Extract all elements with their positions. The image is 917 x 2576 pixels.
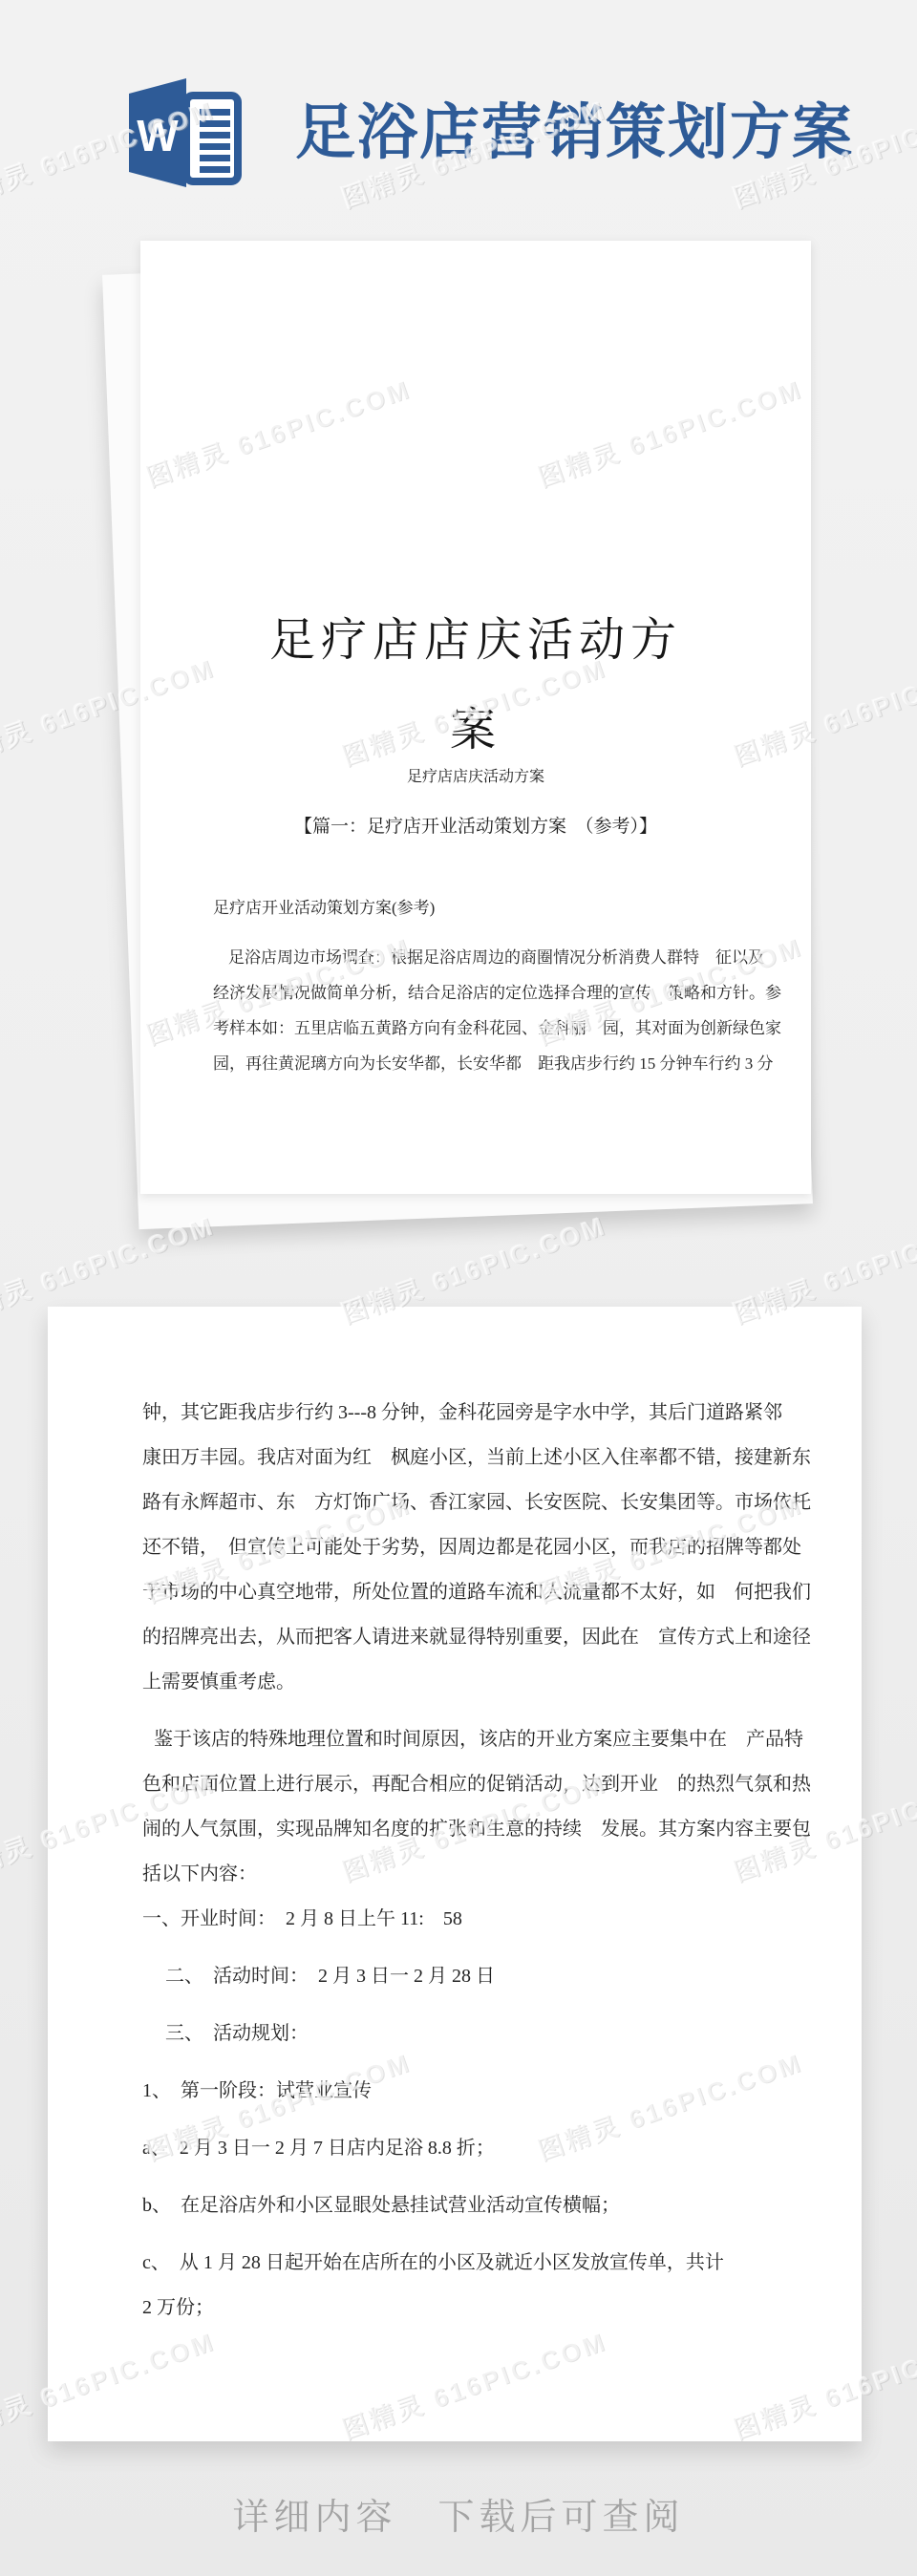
doc-title-line-1: 足疗店店庆活动方 bbox=[140, 596, 811, 686]
text-line: 二、 活动时间： 2 月 3 日一 2 月 28 日 bbox=[142, 1954, 773, 1999]
text-line: 足浴店周边市场调查：根据足浴店周边的商圈情况分析消费人群特 征以及 bbox=[213, 940, 786, 975]
text-line: 三、 活动规划： bbox=[142, 2012, 773, 2056]
text-line: 1、 第一阶段：试营业宣传 bbox=[142, 2069, 773, 2114]
text-line: 经济发展情况做简单分析，结合足浴店的定位选择合理的宣传 策略和方针。参 bbox=[213, 975, 786, 1011]
page2-body: 钟，其它距我店步行约 3---8 分钟，金科花园旁是字水中学，其后门道路紧邻康田… bbox=[142, 1391, 773, 2331]
text-line: 路有永辉超市、东 方灯饰广场、香江家园、长安医院、长安集团等。市场依托 bbox=[142, 1480, 773, 1525]
page1-paragraph: 足浴店周边市场调查：根据足浴店周边的商圈情况分析消费人群特 征以及经济发展情况做… bbox=[213, 940, 786, 1081]
text-line: 色和店面位置上进行展示，再配合相应的促销活动，达到开业 的热烈气氛和热 bbox=[142, 1762, 773, 1807]
page1-body: 足疗店开业活动策划方案(参考) 足浴店周边市场调查：根据足浴店周边的商圈情况分析… bbox=[213, 890, 786, 1081]
text-line: 于市场的中心真空地带，所处位置的道路车流和人流量都不太好，如 何把我们 bbox=[142, 1570, 773, 1615]
text-line: 上需要慎重考虑。 bbox=[142, 1660, 773, 1705]
word-icon: W bbox=[127, 76, 245, 189]
text-line: 钟，其它距我店步行约 3---8 分钟，金科花园旁是字水中学，其后门道路紧邻 bbox=[142, 1391, 773, 1436]
text-line: a、 2 月 3 日一 2 月 7 日店内足浴 8.8 折； bbox=[142, 2126, 773, 2171]
intro-line: 足疗店开业活动策划方案(参考) bbox=[213, 890, 786, 926]
doc-title-line-2: 案 bbox=[140, 686, 811, 776]
text-line: 的招牌亮出去，从而把客人请进来就显得特别重要，因此在 宣传方式上和途径 bbox=[142, 1615, 773, 1660]
text-line: 一、开业时间： 2 月 8 日上午 11: 58 bbox=[142, 1897, 773, 1942]
section-heading: 【篇一：足疗店开业活动策划方案 （参考）】 bbox=[140, 812, 811, 838]
header-banner: W 足浴店营销策划方案 bbox=[127, 75, 854, 191]
document-page-2: 钟，其它距我店步行约 3---8 分钟，金科花园旁是字水中学，其后门道路紧邻康田… bbox=[48, 1307, 862, 2441]
doc-title: 足疗店店庆活动方 案 bbox=[140, 596, 811, 776]
footer-caption: 详细内容 下载后可查阅 bbox=[0, 2487, 917, 2540]
page-title: 足浴店营销策划方案 bbox=[295, 76, 854, 189]
doc-subtitle: 足疗店店庆活动方案 bbox=[140, 764, 811, 786]
text-line: 括以下内容： bbox=[142, 1852, 773, 1897]
text-line: 鉴于该店的特殊地理位置和时间原因，该店的开业方案应主要集中在 产品特 bbox=[142, 1717, 773, 1762]
svg-text:W: W bbox=[137, 111, 179, 160]
text-line: 康田万丰园。我店对面为红 枫庭小区，当前上述小区入住率都不错，接建新东 bbox=[142, 1436, 773, 1480]
text-line: 2 万份； bbox=[142, 2286, 773, 2331]
text-line: 闹的人气氛围，实现品牌知名度的扩张和生意的持续 发展。其方案内容主要包 bbox=[142, 1807, 773, 1852]
text-line: c、 从 1 月 28 日起开始在店所在的小区及就近小区发放宣传单，共计 bbox=[142, 2241, 773, 2286]
document-preview-page: W 足浴店营销策划方案 足疗店店庆活动方 案 足疗店店庆活动方案 【篇一：足疗店… bbox=[0, 0, 917, 2576]
text-line: b、 在足浴店外和小区显眼处悬挂试营业活动宣传横幅； bbox=[142, 2183, 773, 2228]
text-line: 还不错， 但宣传上可能处于劣势，因周边都是花园小区，而我店的招牌等都处 bbox=[142, 1525, 773, 1570]
document-page-1: 足疗店店庆活动方 案 足疗店店庆活动方案 【篇一：足疗店开业活动策划方案 （参考… bbox=[140, 241, 811, 1194]
text-line: 考样本如：五里店临五黄路方向有金科花园、金科丽 园，其对面为创新绿色家 bbox=[213, 1011, 786, 1046]
text-line: 园，再往黄泥璃方向为长安华都，长安华都 距我店步行约 15 分钟车行约 3 分 bbox=[213, 1046, 786, 1081]
